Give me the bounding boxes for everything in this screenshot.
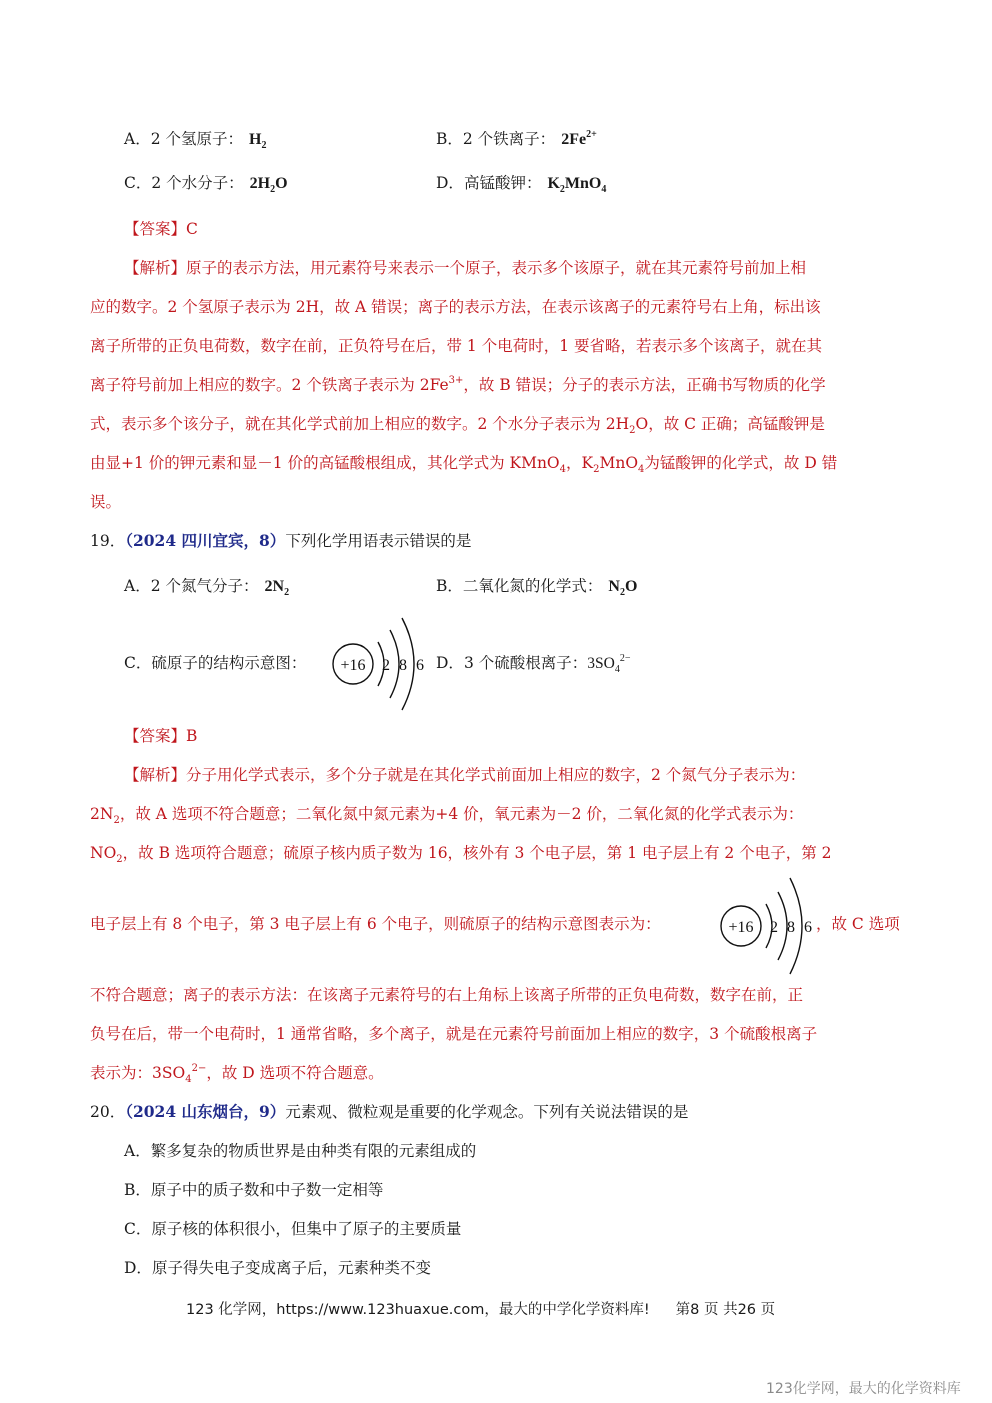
option-label: A．	[124, 130, 151, 148]
svg-text:8: 8	[787, 919, 795, 936]
q18-analysis-line-5: 式，表示多个该分子，就在其化学式前加上相应的数字。2 个水分子表示为 2H2O，…	[90, 413, 825, 435]
q19-option-d: D．3 个硫酸根离子：3SO42−	[436, 652, 630, 675]
svg-text:8: 8	[399, 657, 407, 674]
q19-answer: 【答案】B	[124, 725, 197, 747]
q20-option-c: C．原子核的体积很小，但集中了原子的主要质量	[124, 1218, 461, 1240]
watermark: 123化学网，最大的化学资料库	[766, 1378, 961, 1398]
atom-structure-icon: +16 2 8 6	[326, 614, 436, 714]
q20-option-b: B．原子中的质子数和中子数一定相等	[124, 1179, 383, 1201]
q18-analysis-line-7: 误。	[90, 491, 121, 513]
q18-option-d: D．高锰酸钾：K2MnO4	[436, 172, 606, 195]
answer-value: C	[186, 220, 198, 238]
question-number: 20．	[90, 1103, 125, 1121]
svg-text:+16: +16	[728, 919, 753, 936]
document-page: A．2 个氢原子：H2 B．2 个铁离子：2Fe2+ C．2 个水分子：2H2O…	[0, 0, 992, 1403]
q19-analysis-line-2: 2N2，故 A 选项不符合题意；二氧化氮中氮元素为+4 价，氧元素为－2 价，二…	[90, 803, 803, 825]
sulfur-atom-diagram-analysis: +16 2 8 6	[714, 874, 824, 978]
answer-tag: 【答案】	[124, 220, 186, 238]
q19-option-c: C．硫原子的结构示意图：	[124, 652, 306, 674]
page-footer: 123 化学网，https://www.123huaxue.com，最大的中学化…	[186, 1298, 775, 1319]
svg-text:2: 2	[382, 657, 390, 674]
q19-stem: 19．（2024 四川宜宾，8）下列化学用语表示错误的是	[90, 530, 471, 552]
footer-text: 123 化学网，https://www.123huaxue.com，最大的中学化…	[186, 1302, 650, 1318]
analysis-tag: 【解析】	[124, 259, 186, 277]
q19-analysis-line-7: 表示为：3SO42−，故 D 选项不符合题意。	[90, 1062, 384, 1084]
q18-analysis-line-6: 由显+1 价的钾元素和显－1 价的高锰酸根组成，其化学式为 KMnO4，K2Mn…	[90, 452, 837, 474]
q19-analysis-line-6: 负号在后，带一个电荷时，1 通常省略，多个离子，就是在元素符号前面加上相应的数字…	[90, 1023, 817, 1045]
q19-analysis-line-4-tail: ，故 C 选项	[816, 913, 900, 935]
q18-option-c: C．2 个水分子：2H2O	[124, 172, 288, 195]
q18-option-b: B．2 个铁离子：2Fe2+	[436, 128, 597, 151]
q18-analysis-line-1: 【解析】原子的表示方法，用元素符号来表示一个原子，表示多个该原子，就在其元素符号…	[124, 257, 806, 279]
q18-option-a: A．2 个氢原子：H2	[124, 128, 266, 151]
svg-text:2: 2	[770, 919, 778, 936]
q18-analysis-line-4: 离子符号前加上相应的数字。2 个铁离子表示为 2Fe3+，故 B 错误；分子的表…	[90, 374, 826, 396]
q19-analysis-line-5: 不符合题意；离子的表示方法：在该离子元素符号的右上角标上该离子所带的正负电荷数，…	[90, 984, 803, 1006]
svg-text:+16: +16	[340, 657, 365, 674]
page-number: 第8 页 共26 页	[676, 1302, 776, 1318]
q18-analysis-line-2: 应的数字。2 个氢原子表示为 2H，故 A 错误；离子的表示方法，在表示该离子的…	[90, 296, 821, 318]
q19-option-a: A．2 个氮气分子：2N2	[124, 575, 289, 598]
svg-text:6: 6	[804, 919, 812, 936]
q19-option-b: B．二氧化氮的化学式：N2O	[436, 575, 637, 598]
q18-answer: 【答案】C	[124, 218, 198, 240]
q20-option-d: D．原子得失电子变成离子后，元素种类不变	[124, 1257, 431, 1279]
question-source: （2024 四川宜宾，8）	[125, 531, 285, 550]
atom-structure-icon: +16 2 8 6	[714, 874, 824, 978]
q19-analysis-line-1: 【解析】分子用化学式表示，多个分子就是在其化学式前面加上相应的数字，2 个氮气分…	[124, 764, 805, 786]
sulfur-atom-diagram: +16 2 8 6	[326, 614, 436, 714]
question-number: 19．	[90, 532, 125, 550]
q18-analysis-line-3: 离子所带的正负电荷数，数字在前，正负符号在后，带 1 个电荷时，1 要省略，若表…	[90, 335, 822, 357]
q19-analysis-line-3: NO2，故 B 选项符合题意；硫原子核内质子数为 16，核外有 3 个电子层，第…	[90, 842, 832, 864]
question-source: （2024 山东烟台，9）	[125, 1102, 285, 1121]
q20-stem: 20．（2024 山东烟台，9）元素观、微粒观是重要的化学观念。下列有关说法错误…	[90, 1101, 688, 1123]
q20-option-a: A．繁多复杂的物质世界是由种类有限的元素组成的	[124, 1140, 476, 1162]
svg-text:6: 6	[416, 657, 424, 674]
q19-analysis-line-4: 电子层上有 8 个电子，第 3 电子层上有 6 个电子，则硫原子的结构示意图表示…	[90, 913, 661, 935]
